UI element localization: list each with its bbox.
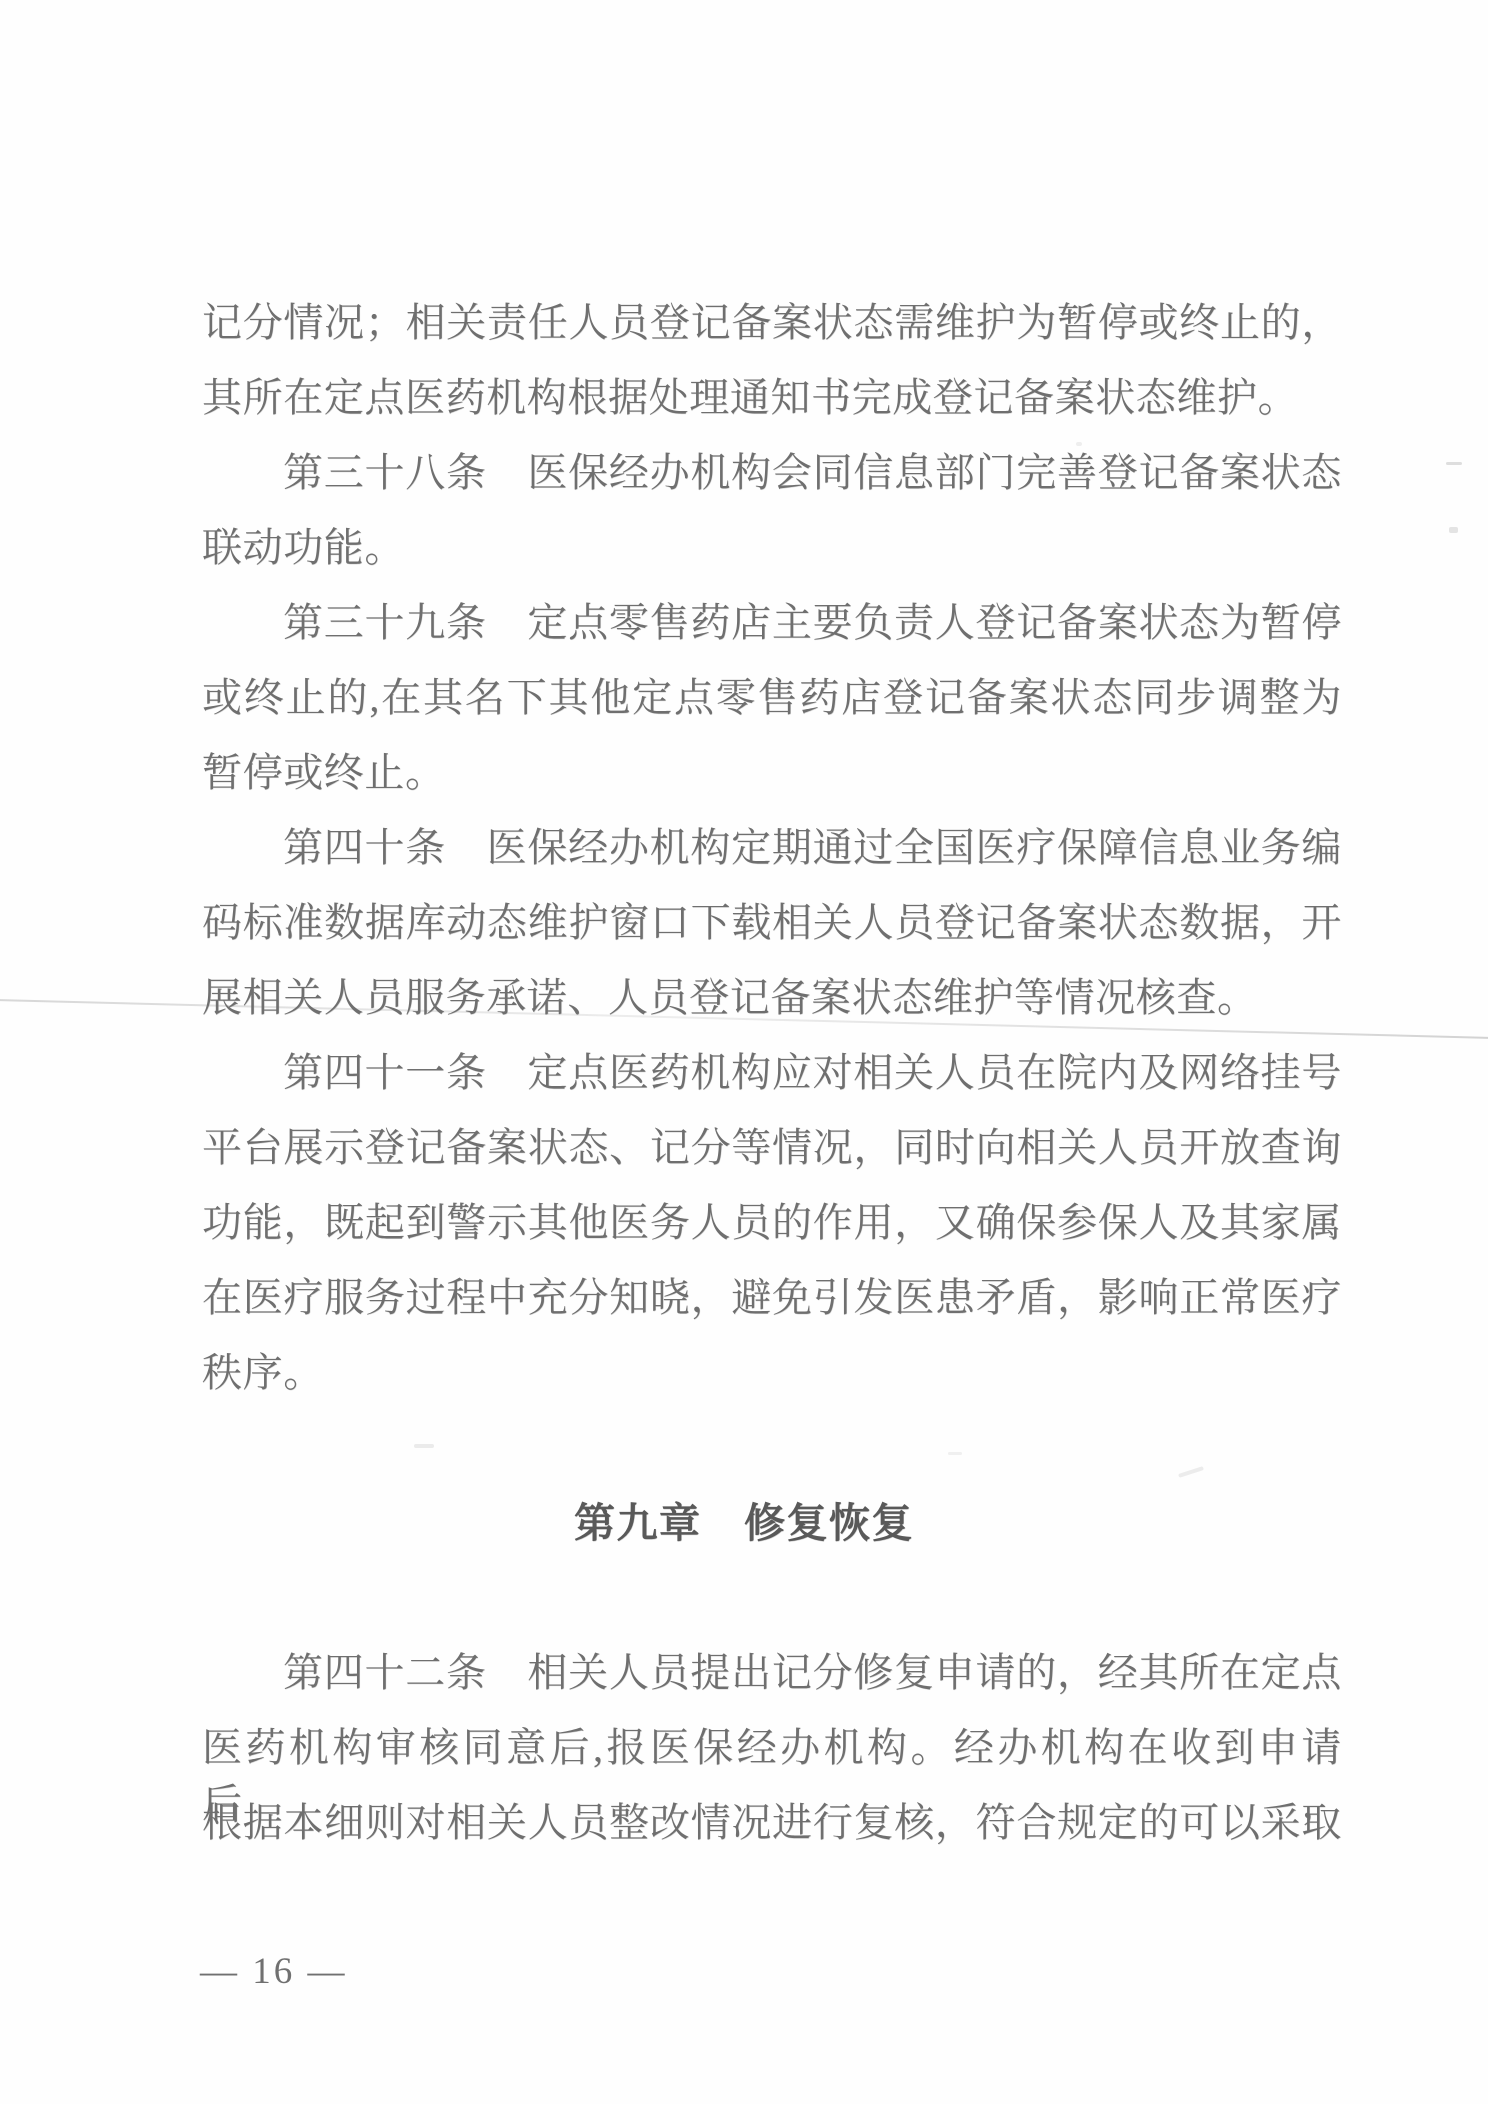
body-line: 其所在定点医药机构根据处理通知书完成登记备案状态维护。 (202, 370, 1342, 430)
scan-speck (1178, 1466, 1204, 1478)
scan-speck (1449, 527, 1458, 533)
body-line: 记分情况；相关责任人员登记备案状态需维护为暂停或终止的， (202, 295, 1342, 355)
chapter-heading: 第九章 修复恢复 (0, 1490, 1488, 1549)
page-number: — 16 — (200, 1950, 348, 1993)
body-line: 第四十二条 相关人员提出记分修复申请的，经其所在定点 (202, 1645, 1342, 1705)
scan-speck (948, 1452, 962, 1455)
scan-speck (414, 1444, 434, 1448)
body-line: 功能，既起到警示其他医务人员的作用，又确保参保人及其家属 (202, 1195, 1342, 1255)
body-line: 平台展示登记备案状态、记分等情况，同时向相关人员开放查询 (202, 1120, 1342, 1180)
body-line: 展相关人员服务承诺、人员登记备案状态维护等情况核查。 (202, 970, 1342, 1030)
body-line: 第三十八条 医保经办机构会同信息部门完善登记备案状态 (202, 445, 1342, 505)
scanned-document-page: 记分情况；相关责任人员登记备案状态需维护为暂停或终止的， 其所在定点医药机构根据… (0, 0, 1488, 2104)
body-line: 暂停或终止。 (202, 745, 1342, 805)
body-line: 第四十条 医保经办机构定期通过全国医疗保障信息业务编 (202, 820, 1342, 880)
body-line: 码标准数据库动态维护窗口下载相关人员登记备案状态数据，开 (202, 895, 1342, 955)
body-line: 秩序。 (202, 1345, 1342, 1405)
scan-speck (1446, 462, 1462, 465)
body-line: 根据本细则对相关人员整改情况进行复核，符合规定的可以采取 (202, 1795, 1342, 1855)
body-line: 联动功能。 (202, 520, 1342, 580)
body-line: 第四十一条 定点医药机构应对相关人员在院内及网络挂号 (202, 1045, 1342, 1105)
body-line: 或终止的,在其名下其他定点零售药店登记备案状态同步调整为 (202, 670, 1342, 730)
body-line: 第三十九条 定点零售药店主要负责人登记备案状态为暂停 (202, 595, 1342, 655)
body-line: 在医疗服务过程中充分知晓，避免引发医患矛盾，影响正常医疗 (202, 1270, 1342, 1330)
body-line: 医药机构审核同意后,报医保经办机构。经办机构在收到申请后， (202, 1720, 1342, 1780)
